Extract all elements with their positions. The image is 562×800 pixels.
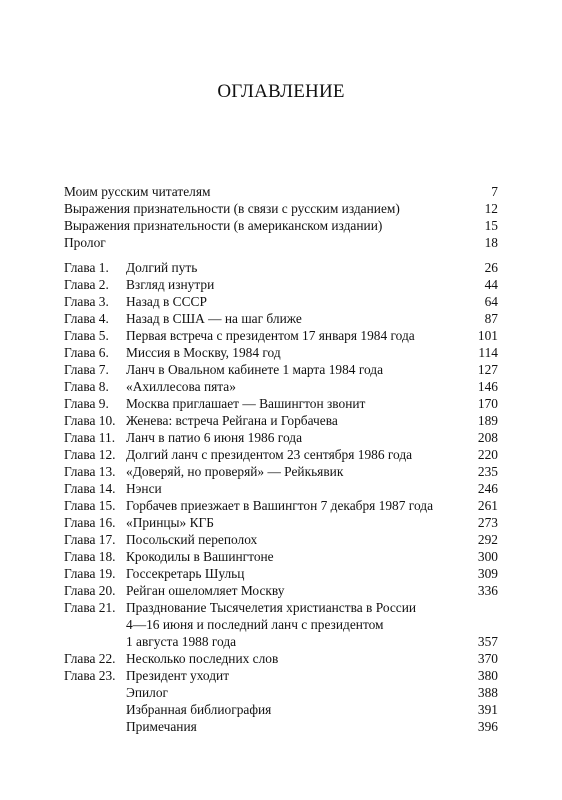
entry-page-number: 15 [485,217,498,234]
entry-page-number: 189 [478,412,498,429]
page-title: ОГЛАВЛЕНИЕ [0,80,562,104]
entry-title: Взгляд изнутри [126,276,214,293]
entry-page-number: 127 [478,361,498,378]
toc-entry-back-matter: Эпилог 388 [64,684,498,701]
entry-page-number: 220 [478,446,498,463]
chapter-number: Глава 11. [64,429,118,446]
entry-page-number: 12 [485,200,498,217]
entry-title: Выражения признательности (в американско… [64,217,382,234]
entry-title: Ланч в Овальном кабинете 1 марта 1984 го… [126,361,383,378]
toc-entry-chapter: Глава 12.Долгий ланч с президентом 23 се… [64,446,498,463]
entry-page-number: 44 [485,276,498,293]
entry-page-number: 87 [485,310,498,327]
entry-page-number: 261 [478,497,498,514]
entry-page-number: 370 [478,650,498,667]
entry-title: Выражения признательности (в связи с рус… [64,200,400,217]
entry-page-number: 300 [478,548,498,565]
chapter-number: Глава 8. [64,378,118,395]
entry-page-number: 273 [478,514,498,531]
entry-title: Назад в СССР [126,293,207,310]
entry-title: Миссия в Москву, 1984 год [126,344,281,361]
toc-entry-chapter: Глава 19.Госсекретарь Шульц309 [64,565,498,582]
entry-title: Долгий путь [126,259,197,276]
chapter-number: Глава 7. [64,361,118,378]
chapter-number: Глава 14. [64,480,118,497]
toc-entry-chapter: Глава 3.Назад в СССР64 [64,293,498,310]
entry-page-number: 64 [485,293,498,310]
entry-title: Избранная библиография [126,701,271,718]
toc-entry-chapter: Глава 1.Долгий путь26 [64,259,498,276]
toc-entry-chapter: Глава 15.Горбачев приезжает в Вашингтон … [64,497,498,514]
toc-entry-chapter: Глава 5.Первая встреча с президентом 17 … [64,327,498,344]
toc-entry-chapter: Глава 17.Посольский переполох292 [64,531,498,548]
toc-entry-chapter: Глава 2.Взгляд изнутри44 [64,276,498,293]
toc-entry-chapter: Глава 21.Празднование Тысячелетия христи… [64,599,498,616]
entry-page-number: 208 [478,429,498,446]
entry-title: 4—16 июня и последний ланч с президентом [126,616,384,633]
toc-entry-chapter: 1 августа 1988 года357 [64,633,498,650]
entry-title: Несколько последних слов [126,650,278,667]
toc-entry-back-matter: Избранная библиография 391 [64,701,498,718]
entry-page-number: 380 [478,667,498,684]
table-of-contents: Моим русским читателям 7 Выражения призн… [64,183,498,735]
chapter-number: Глава 15. [64,497,118,514]
entry-title: Нэнси [126,480,162,497]
entry-title: Женева: встреча Рейгана и Горбачева [126,412,338,429]
toc-entry-chapter: Глава 6.Миссия в Москву, 1984 год114 [64,344,498,361]
entry-page-number: 388 [478,684,498,701]
entry-title: Посольский переполох [126,531,257,548]
toc-entry-chapter: Глава 11.Ланч в патио 6 июня 1986 года20… [64,429,498,446]
toc-entry-chapter: Глава 23.Президент уходит380 [64,667,498,684]
chapter-number: Глава 3. [64,293,118,310]
entry-page-number: 7 [491,183,498,200]
toc-entry-chapter: Глава 8.«Ахиллесова пята»146 [64,378,498,395]
toc-entry-front-matter: Выражения признательности (в американско… [64,217,498,234]
toc-entry-chapter: Глава 18.Крокодилы в Вашингтоне300 [64,548,498,565]
entry-title: Эпилог [126,684,168,701]
entry-title: Рейган ошеломляет Москву [126,582,284,599]
book-page: ОГЛАВЛЕНИЕ Моим русским читателям 7 Выра… [0,0,562,800]
toc-entry-chapter: Глава 4.Назад в США — на шаг ближе87 [64,310,498,327]
entry-page-number: 292 [478,531,498,548]
toc-entry-front-matter: Выражения признательности (в связи с рус… [64,200,498,217]
toc-entry-back-matter: Примечания 396 [64,718,498,735]
entry-title: Назад в США — на шаг ближе [126,310,302,327]
chapter-number: Глава 16. [64,514,118,531]
chapter-number: Глава 10. [64,412,118,429]
chapter-number: Глава 22. [64,650,118,667]
chapter-number: Глава 23. [64,667,118,684]
toc-entry-chapter: Глава 22.Несколько последних слов370 [64,650,498,667]
entry-title: Москва приглашает — Вашингтон звонит [126,395,365,412]
toc-entry-chapter: Глава 14.Нэнси246 [64,480,498,497]
entry-page-number: 235 [478,463,498,480]
toc-entry-chapter: Глава 20.Рейган ошеломляет Москву336 [64,582,498,599]
entry-title: Примечания [126,718,197,735]
section-gap [64,251,498,259]
chapter-number: Глава 21. [64,599,118,616]
chapter-number: Глава 9. [64,395,118,412]
entry-page-number: 170 [478,395,498,412]
entry-title: Первая встреча с президентом 17 января 1… [126,327,415,344]
chapter-number: Глава 6. [64,344,118,361]
chapter-number: Глава 1. [64,259,118,276]
chapter-number: Глава 19. [64,565,118,582]
toc-entry-chapter: Глава 9.Москва приглашает — Вашингтон зв… [64,395,498,412]
entry-page-number: 26 [485,259,498,276]
toc-entry-front-matter: Пролог 18 [64,234,498,251]
chapter-number: Глава 13. [64,463,118,480]
entry-title: Горбачев приезжает в Вашингтон 7 декабря… [126,497,433,514]
entry-title: «Ахиллесова пята» [126,378,236,395]
entry-title: «Доверяй, но проверяй» — Рейкьявик [126,463,343,480]
entry-page-number: 146 [478,378,498,395]
chapter-number: Глава 2. [64,276,118,293]
entry-title: Крокодилы в Вашингтоне [126,548,274,565]
chapter-number: Глава 17. [64,531,118,548]
entry-title: Моим русским читателям [64,183,210,200]
entry-page-number: 391 [478,701,498,718]
chapter-number: Глава 5. [64,327,118,344]
entry-page-number: 101 [478,327,498,344]
entry-page-number: 309 [478,565,498,582]
entry-title: 1 августа 1988 года [126,633,236,650]
entry-title: Пролог [64,234,106,251]
entry-title: Госсекретарь Шульц [126,565,244,582]
entry-title: Ланч в патио 6 июня 1986 года [126,429,302,446]
entry-title: «Принцы» КГБ [126,514,214,531]
entry-page-number: 336 [478,582,498,599]
chapter-number: Глава 12. [64,446,118,463]
entry-title: Празднование Тысячелетия христианства в … [126,599,416,616]
toc-entry-chapter: Глава 10.Женева: встреча Рейгана и Горба… [64,412,498,429]
chapter-number: Глава 18. [64,548,118,565]
chapter-number: Глава 20. [64,582,118,599]
toc-entry-chapter: Глава 16.«Принцы» КГБ273 [64,514,498,531]
entry-title: Долгий ланч с президентом 23 сентября 19… [126,446,412,463]
toc-entry-chapter: Глава 13.«Доверяй, но проверяй» — Рейкья… [64,463,498,480]
toc-entry-front-matter: Моим русским читателям 7 [64,183,498,200]
entry-page-number: 396 [478,718,498,735]
toc-entry-chapter: 4—16 июня и последний ланч с президентом [64,616,498,633]
entry-page-number: 18 [485,234,498,251]
toc-entry-chapter: Глава 7.Ланч в Овальном кабинете 1 марта… [64,361,498,378]
chapter-number: Глава 4. [64,310,118,327]
chapter-list: Глава 1.Долгий путь26Глава 2.Взгляд изну… [64,259,498,684]
entry-page-number: 114 [478,344,498,361]
entry-page-number: 246 [478,480,498,497]
entry-title: Президент уходит [126,667,229,684]
entry-page-number: 357 [478,633,498,650]
